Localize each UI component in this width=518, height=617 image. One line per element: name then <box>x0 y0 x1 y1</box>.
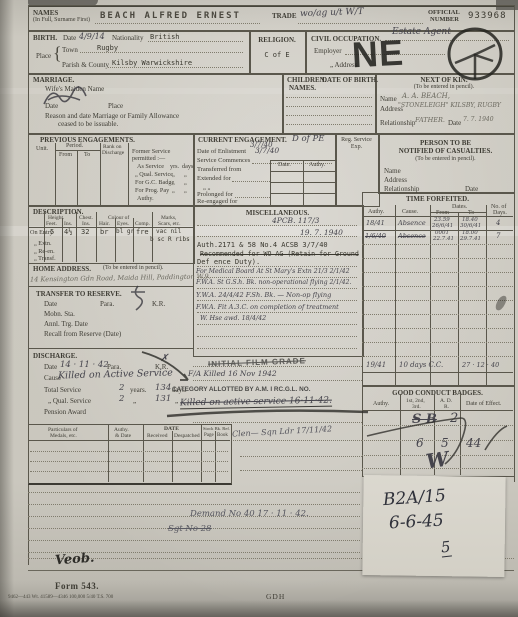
time-row2-to2: 29.7.41 <box>460 236 481 242</box>
nok-relationship-value: FATHER. <box>415 116 445 124</box>
transferred-label: Transferred from <box>197 166 241 173</box>
notify-pencil-note: (To be entered in pencil). <box>378 156 513 163</box>
desc-v5 <box>115 218 116 262</box>
misc-hw-1: 4PCB. 117/3 <box>272 216 319 225</box>
gcb-date-col: Date of Effect. <box>466 401 501 408</box>
time-empty-row-4 <box>362 286 513 287</box>
dob-label: DATE OF BIRTH. <box>322 76 378 84</box>
notify-name-label: Name <box>384 167 401 175</box>
medals-row-1 <box>30 451 228 452</box>
desc-entry-feet: 5 <box>50 228 54 236</box>
pension-award-label: Pension Award <box>44 408 86 416</box>
service-record-form: NAMES (In Full, Surname First) BEACH ALF… <box>0 0 518 617</box>
medals-part-col-2: Medals, etc. <box>50 433 77 439</box>
total-service-years: 2 <box>119 383 124 393</box>
stamp-line-1 <box>193 366 362 367</box>
current-engagement-hw: D of PE <box>292 134 324 144</box>
medals-header-rule <box>28 440 230 441</box>
qual-ditto-1: „ <box>133 397 136 405</box>
time-last-date: 27 · 12 · 40 <box>462 361 499 369</box>
official-label-2: NUMBER <box>430 16 459 23</box>
official-number-value: 933968 <box>468 11 507 21</box>
qual-service-days: 131 <box>155 394 171 404</box>
time-row2-from2: 22.7.41 <box>433 236 454 242</box>
trade-underline <box>298 23 423 24</box>
names-sublabel: (In Full, Surname First) <box>33 17 90 24</box>
reserve-recall-label: Recall from Reserve (Date) <box>44 330 121 338</box>
time-cause-col: Cause. <box>402 209 418 216</box>
time-row1-cause: Absence <box>398 219 426 227</box>
desc-v3 <box>76 212 77 262</box>
medals-v4 <box>201 424 202 482</box>
misc-line-7 <box>197 312 357 313</box>
gcb-authy-col: Authy. <box>373 401 389 408</box>
prev-col-2 <box>77 150 78 205</box>
town-value: Rugby <box>97 44 118 52</box>
misc-line-4 <box>197 277 357 278</box>
time-empty-row-8 <box>362 342 513 343</box>
bottom-line-2 <box>28 504 360 505</box>
time-v3 <box>458 212 459 385</box>
bottom-signature-scribble: Veob. <box>55 551 95 569</box>
extended-dots <box>232 181 270 182</box>
time-row1-authy: 18/41 <box>366 219 385 227</box>
current-cols-top <box>270 160 335 161</box>
prev-row-as-service: As Service <box>137 163 164 170</box>
prev-row-gc: For G.C. Badge <box>135 179 174 186</box>
time-row1-days: 4 <box>496 219 500 227</box>
desc-transf-label: „ Transf. <box>34 255 56 262</box>
desc-extn-label: „ Extn. <box>34 240 52 247</box>
medals-row-2 <box>30 461 228 462</box>
desc-entry-marks-1: vac nil <box>156 228 181 235</box>
heavy-ink-stroke <box>165 406 370 420</box>
prev-row-as-u1: yrs. <box>170 163 179 170</box>
birth-place-brace: { <box>53 43 62 64</box>
prev-row-qual-u1: „ <box>172 171 175 178</box>
misc-hw-line-3: Y.W.A. 24/4/42 F.Sh. Bk. — Non-op flying <box>196 291 331 299</box>
time-v2 <box>430 205 431 385</box>
time-empty-row-6 <box>362 314 513 315</box>
stamp-line-2 <box>193 380 362 381</box>
fa-killed-hw: F/A Killed 16 Nov 1942 <box>188 369 277 378</box>
home-address-value: 14 Kensington Gdn Road, Maida Hill, Padd… <box>30 272 211 283</box>
gcb-curved-stroke <box>365 408 513 468</box>
time-last-authy: 19/41 <box>366 361 386 369</box>
misc-line-5 <box>197 288 357 289</box>
trade-label: TRADE <box>272 12 297 20</box>
religion-label: RELIGION. <box>250 36 304 44</box>
home-address-header: HOME ADDRESS. <box>33 265 91 273</box>
time-row1-to2: 30/6/41 <box>460 223 481 229</box>
children-row-1 <box>286 97 372 98</box>
home-address-bottom-rule <box>28 286 193 287</box>
time-row2-authy: 1/6/40 <box>365 232 386 240</box>
notify-header-2: NOTIFIED OF CASUALTIES. <box>378 147 513 155</box>
current-engagement-header: CURRENT ENGAGEMENT. <box>198 136 287 144</box>
reg-service-exp-label: Reg. Service Exp. <box>336 137 377 151</box>
good-conduct-header: GOOD CONDUCT BADGES. <box>362 389 513 397</box>
children-row-3 <box>286 115 372 116</box>
reserve-mobn-label: Mobn. Sta. <box>44 310 75 318</box>
medals-despatched-col: Despatched <box>174 433 200 439</box>
employer-label: Employer <box>314 47 342 55</box>
discharge-header: DISCHARGE. <box>33 352 77 360</box>
prev-row-gc-u2: „ <box>184 179 187 186</box>
prev-row-qual: „ Qual. Service <box>135 171 173 178</box>
prev-row-gc-u1: „ <box>172 179 175 186</box>
time-row1-from2: 26/6/41 <box>432 223 453 229</box>
birth-date-label: Date <box>63 34 76 42</box>
medals-v2 <box>143 424 144 482</box>
name-value: BEACH ALFRED ERNEST <box>100 11 241 21</box>
prev-former-service: Former Service permitted :— <box>132 148 192 162</box>
time-empty-row-3 <box>362 272 513 273</box>
prev-rank-col-2: Discharge <box>102 150 124 156</box>
parish-label: Parish & County <box>62 61 109 69</box>
reserve-kr-label: K.R. <box>152 300 165 308</box>
misc-hw-2: 19. 7. 1940 <box>300 228 343 237</box>
extended-label: Extended for <box>197 175 231 182</box>
children-names-label: NAMES. <box>289 84 316 92</box>
enlistment-label: Date of Enlistment <box>197 148 246 155</box>
commences-label: Service Commences <box>197 157 250 164</box>
nationality-underline <box>148 41 243 42</box>
nationality-value: British <box>150 33 180 41</box>
sgt-entry-hw: Sgt No 28 <box>168 524 211 534</box>
slip-number-hw: 5 <box>440 538 451 558</box>
notify-relationship-label: Relationship <box>384 185 419 193</box>
qual-ditto-2: „ <box>175 397 178 405</box>
prev-authy-label: Authy. <box>137 195 154 202</box>
birth-label: BIRTH. <box>33 34 57 42</box>
time-v4 <box>486 205 487 385</box>
demand-entry-hw: Demand No 40 17 · 11 · 42. <box>190 509 309 519</box>
current-row-line-2 <box>270 182 335 183</box>
qual-service-label: „ Qual. Service <box>48 397 91 405</box>
prev-from-col: From <box>59 152 72 159</box>
nok-pencil-note: (To be entered in pencil). <box>378 84 510 91</box>
reserve-trg-label: Annl. Trg. Date <box>44 320 88 328</box>
reserve-date-label: Date <box>44 300 57 308</box>
category-allotted-stamp: CATEGORY ALLOTTED BY A.M. I RC.G.L. NO. <box>172 386 310 393</box>
time-dates-col: Dates. <box>452 204 467 211</box>
marriage-place-label: Place <box>108 102 123 110</box>
prev-unit-col: Unit. <box>36 146 48 153</box>
time-row2-cause: Absence <box>398 232 426 240</box>
misc-typed-1: Auth.2171 & 58 No.4 ACSB 3/7/40 <box>197 241 328 249</box>
time-v1 <box>395 205 396 385</box>
parish-underline <box>108 67 243 68</box>
discharge-date-label: Date <box>44 363 57 371</box>
time-last-cause: 10 days C.C. <box>399 361 443 369</box>
medals-book-col: Book <box>217 433 228 439</box>
desc-v4 <box>96 212 97 262</box>
notify-date-label: Date <box>465 185 478 193</box>
bottom-line-1 <box>28 492 360 493</box>
reserve-bottom-rule <box>28 348 193 349</box>
time-dates-rule <box>430 212 486 213</box>
nok-address-value: "STONELEIGH" KILSBY, RUGBY <box>398 102 501 109</box>
names-label: NAMES <box>33 9 58 17</box>
current-row-line-1 <box>270 171 335 172</box>
reserve-para-label: Para. <box>100 300 114 308</box>
nok-name-value: A. A. BEACH, <box>402 92 450 100</box>
desc-entry-marks-2: b sc R ribs <box>150 236 190 243</box>
marriage-label: MARRIAGE. <box>33 76 74 84</box>
ne-stamp: NE <box>351 32 405 77</box>
prev-col-1 <box>55 143 56 205</box>
enlistment-value: 3/7/40 <box>255 146 279 155</box>
total-service-label: Total Service <box>44 386 81 394</box>
stamp-line-5 <box>240 456 362 457</box>
prev-row-qual-u2: „ <box>184 171 187 178</box>
circular-stamp <box>445 25 505 83</box>
misc-line-3 <box>197 266 357 267</box>
prev-row-prog: For Prog. Pay <box>135 187 169 194</box>
children-row-2 <box>286 106 372 107</box>
stamp-line-3 <box>193 422 362 423</box>
nok-date-label: Date <box>448 119 461 127</box>
medals-authy-col-2: & Date <box>115 433 131 439</box>
time-empty-row-1 <box>362 244 513 245</box>
birth-date-value: 4/9/14 <box>79 32 105 41</box>
nok-header: NEXT OF KIN. <box>378 76 510 84</box>
medals-row-3 <box>30 471 228 472</box>
desc-entry-chest: 32 <box>81 228 89 236</box>
prev-row-as-u2: days <box>182 163 193 170</box>
prev-to-col: To <box>84 152 90 159</box>
misc-line-10 <box>197 348 357 349</box>
time-forfeited-header: TIME FORFEITED. <box>362 195 513 203</box>
misc-typed-2b: Def ence Duty). <box>197 258 260 266</box>
print-code: 9462—443 Wt. 41589—4346 100,000 5/40 T.S… <box>8 595 113 601</box>
qual-service-years: 2 <box>119 394 124 404</box>
bottom-line-5 <box>28 540 360 541</box>
nok-date-value: 7. 7. 1940 <box>463 116 494 123</box>
time-authy-col: Authy. <box>368 209 384 216</box>
reengaged-label: Re-engaged for <box>197 198 237 205</box>
medals-stock-col: Stock Bk. Ref. <box>203 426 230 431</box>
notify-address-label: Address <box>384 176 407 184</box>
desc-entry-hair: br <box>100 228 108 236</box>
desc-entry-comp: fre <box>136 228 149 236</box>
form-number: Form 543. <box>55 581 99 591</box>
prolonged-dots <box>235 197 270 198</box>
misc-line-9 <box>197 336 357 337</box>
transfer-reserve-header: TRANSFER TO RESERVE. <box>36 290 122 298</box>
medals-v3 <box>172 431 173 482</box>
parish-value: Kilsby Warwickshire <box>112 59 192 67</box>
nationality-label: Nationality <box>112 34 144 42</box>
bottom-paper-edge <box>0 600 518 617</box>
children-label: CHILDREN. <box>287 76 326 84</box>
marriage-reason-2: ceased to be issuable. <box>58 120 118 128</box>
current-row-line-3 <box>270 193 335 194</box>
prev-period-rule <box>55 150 100 151</box>
slip-date-hw: 6-6-45 <box>389 511 445 534</box>
medals-v1 <box>108 424 109 482</box>
misc-typed-2a: Recommended for WO AG (Retain for Ground <box>200 250 359 258</box>
desc-v6 <box>133 218 134 262</box>
misc-hw-line-4: F.W.A. Fit A.3.C. on completion of treat… <box>196 303 339 311</box>
misc-line-6 <box>197 300 357 301</box>
desc-entry-eyes: bl gr <box>116 228 134 235</box>
religion-value: C of E <box>250 51 304 59</box>
misc-hw-line-2: F.W.A. St G.S.h. Bk. non-operational fly… <box>196 279 351 286</box>
time-row2-days: 7 <box>496 232 500 240</box>
prev-row-prog-u1: „ <box>172 187 175 194</box>
marriage-date-label: Date <box>45 102 58 110</box>
stamp-line-6 <box>240 470 362 471</box>
printer-initials: GDH <box>266 593 285 602</box>
binding-edge-shadow <box>0 0 14 617</box>
prev-row-prog-u2: „ <box>184 187 187 194</box>
desc-entry-ins: 4½ <box>64 228 72 236</box>
time-last-rule <box>362 372 513 373</box>
current-authy-col: Authy. <box>309 162 325 169</box>
time-empty-row-7 <box>362 328 513 329</box>
misc-hw-line-5: W. Hse awd. 18/4/42 <box>200 314 266 322</box>
reserve-ink-mark <box>128 284 148 314</box>
medals-page-col: Page <box>204 433 214 439</box>
notify-header-1: PERSON TO BE <box>378 139 513 147</box>
time-empty-row-2 <box>362 258 513 259</box>
name-underline <box>95 23 260 24</box>
time-empty-row-5 <box>362 300 513 301</box>
current-date-col: Date. <box>278 162 291 169</box>
birth-place-label: Place <box>36 52 51 60</box>
misc-line-1 <box>197 225 357 226</box>
desc-v2 <box>62 218 63 262</box>
town-underline <box>80 52 243 53</box>
medals-v5 <box>215 431 216 482</box>
prev-col-3 <box>100 143 101 205</box>
misc-hw-line-1: For Medical Board At St Mary's Extn 21/3… <box>196 268 350 275</box>
medals-received-col: Received <box>147 433 167 439</box>
certifying-signature-hw: Clen— Sqn Ldr 17/11/42 <box>232 424 332 438</box>
marriage-reason-1: Reason and date Marriage or Family Allow… <box>45 112 179 120</box>
town-label: Town <box>62 46 78 54</box>
home-address-pencil-note: (To be entered in pencil). <box>103 265 163 272</box>
prev-period-col: Period. <box>66 143 83 150</box>
misc-line-8 <box>197 324 357 325</box>
nok-relationship-label: Relationship <box>380 119 415 127</box>
nok-name-label: Name <box>380 95 397 103</box>
time-empty-row-9 <box>362 356 513 357</box>
prev-col-4 <box>128 143 129 205</box>
children-row-4 <box>286 124 372 125</box>
